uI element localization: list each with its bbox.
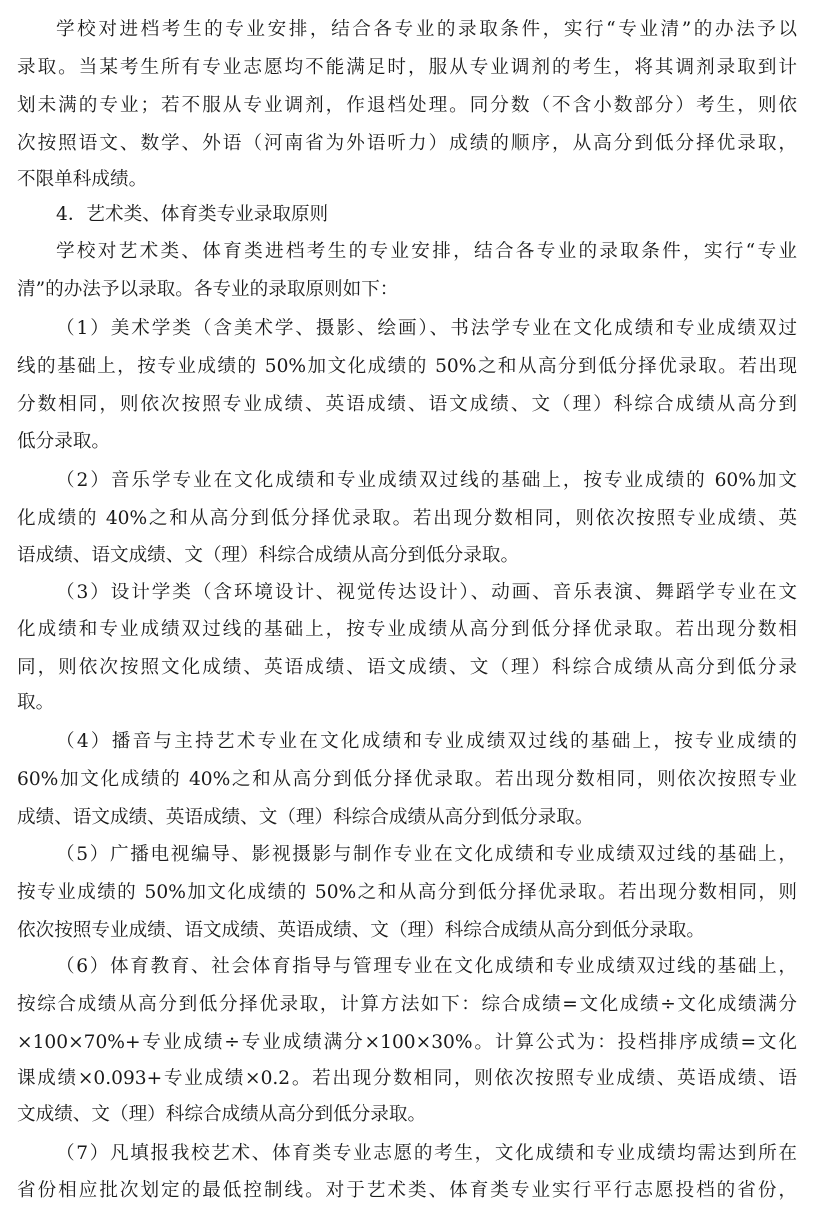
- paragraph-line: 清”的办法予以录取。各专业的录取原则如下：: [17, 275, 797, 305]
- rule-line: （6）体育教育、社会体育指导与管理专业在文化成绩和专业成绩双过线的基础上，: [56, 952, 797, 982]
- paragraph-line: 学校对进档考生的专业安排，结合各专业的录取条件，实行“专业清”的办法予以: [56, 15, 797, 45]
- paragraph-line: 次按照语文、数学、外语（河南省为外语听力）成绩的顺序，从高分到低分择优录取，: [17, 129, 797, 159]
- rule-line: （3）设计学类（含环境设计、视觉传达设计）、动画、音乐表演、舞蹈学专业在文: [56, 578, 797, 608]
- rule-line: 文成绩、文（理）科综合成绩从高分到低分录取。: [17, 1100, 797, 1130]
- rule-line: 课成绩×0.093+专业成绩×0.2。若出现分数相同，则依次按照专业成绩、英语成…: [17, 1064, 797, 1094]
- rule-line: 按综合成绩从高分到低分择优录取，计算方法如下：综合成绩=文化成绩÷文化成绩满分: [17, 990, 797, 1020]
- document-page: 学校对进档考生的专业安排，结合各专业的录取条件，实行“专业清”的办法予以 录取。…: [0, 0, 817, 1212]
- rule-line: 省份相应批次划定的最低控制线。对于艺术类、体育类专业实行平行志愿投档的省份，: [17, 1176, 797, 1206]
- rule-line: （7）凡填报我校艺术、体育类专业志愿的考生，文化成绩和专业成绩均需达到所在: [56, 1139, 797, 1169]
- rule-line: 同，则依次按照文化成绩、英语成绩、语文成绩、文（理）科综合成绩从高分到低分录: [17, 653, 797, 683]
- rule-line: （5）广播电视编导、影视摄影与制作专业在文化成绩和专业成绩双过线的基础上，: [56, 840, 797, 870]
- paragraph-line: 录取。当某考生所有专业志愿均不能满足时，服从专业调剂的考生，将其调剂录取到计: [17, 53, 797, 83]
- rule-line: 60%加文化成绩的 40%之和从高分到低分择优录取。若出现分数相同，则依次按照专…: [17, 765, 797, 795]
- rule-line: 成绩、语文成绩、英语成绩、文（理）科综合成绩从高分到低分录取。: [17, 803, 797, 833]
- rule-line: 化成绩的 40%之和从高分到低分择优录取。若出现分数相同，则依次按照专业成绩、英: [17, 504, 797, 534]
- rule-line: （2）音乐学专业在文化成绩和专业成绩双过线的基础上，按专业成绩的 60%加文: [56, 466, 797, 496]
- rule-line: 依次按照专业成绩、语文成绩、英语成绩、文（理）科综合成绩从高分到低分录取。: [17, 916, 797, 946]
- rule-line: 低分录取。: [17, 427, 797, 457]
- rule-line: 化成绩和专业成绩双过线的基础上，按专业成绩从高分到低分择优录取。若出现分数相: [17, 615, 797, 645]
- rule-line: ×100×70%+专业成绩÷专业成绩满分×100×30%。计算公式为：投档排序成…: [17, 1028, 797, 1058]
- rule-line: 语成绩、语文成绩、文（理）科综合成绩从高分到低分录取。: [17, 541, 797, 571]
- rule-line: 按专业成绩的 50%加文化成绩的 50%之和从高分到低分择优录取。若出现分数相同…: [17, 878, 797, 908]
- rule-line: 取。: [17, 688, 797, 718]
- rule-line: （1）美术学类（含美术学、摄影、绘画）、书法学专业在文化成绩和专业成绩双过: [56, 314, 797, 344]
- paragraph-line: 学校对艺术类、体育类进档考生的专业安排，结合各专业的录取条件，实行“专业: [56, 237, 797, 267]
- rule-line: 分数相同，则依次按照专业成绩、英语成绩、语文成绩、文（理）科综合成绩从高分到: [17, 390, 797, 420]
- paragraph-line: 不限单科成绩。: [17, 165, 797, 195]
- rule-line: （4）播音与主持艺术专业在文化成绩和专业成绩双过线的基础上，按专业成绩的: [56, 727, 797, 757]
- rule-line: 线的基础上，按专业成绩的 50%加文化成绩的 50%之和从高分到低分择优录取。若…: [17, 352, 797, 382]
- paragraph-line: 划未满的专业；若不服从专业调剂，作退档处理。同分数（不含小数部分）考生，则依: [17, 91, 797, 121]
- section-heading: 4．艺术类、体育类专业录取原则: [56, 200, 797, 230]
